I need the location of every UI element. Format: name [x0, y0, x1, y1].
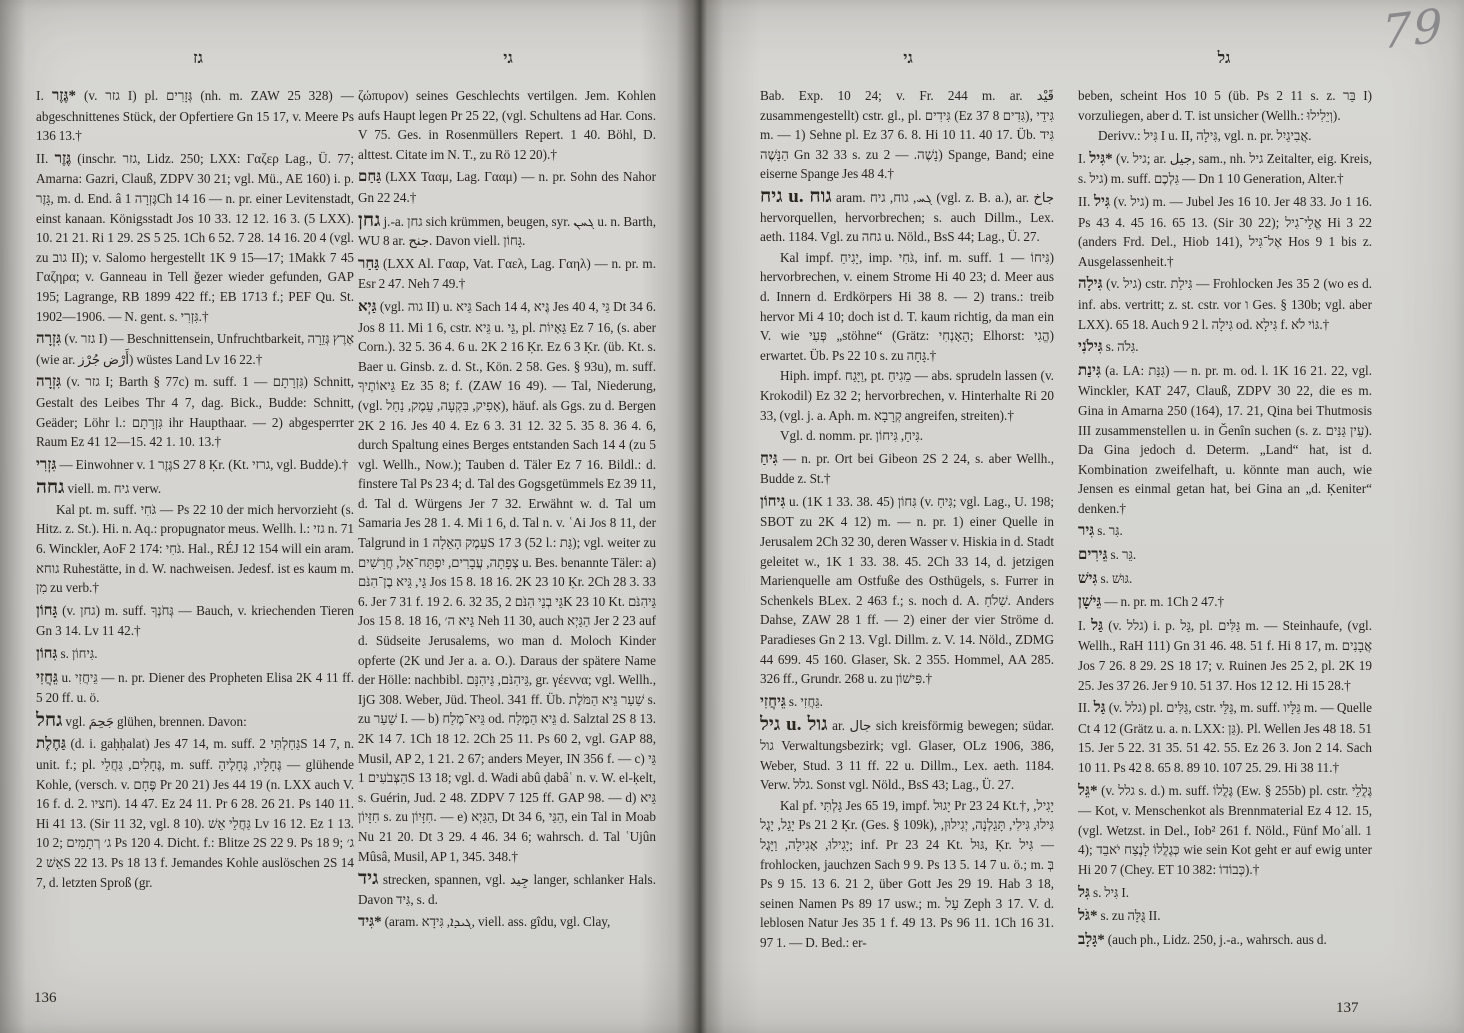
dictionary-column-1: I. גֶּזֶר* (v. גזר I) pl. גְּזָרִים (nh.…	[36, 86, 354, 1016]
entry-headword: גיל u. גול	[760, 714, 828, 735]
dictionary-entry: גחל vgl. جَحِمَ glühen, brennen. Davon:	[36, 711, 354, 732]
dictionary-entry: גַּחַם (LXX Τααμ, Lag. Γααμ) — n. pr. So…	[358, 167, 656, 207]
dictionary-entry: גִּילֹנִי s. גִּלֹה.	[1078, 337, 1372, 358]
book-gutter-shadow	[640, 0, 760, 1033]
entry-headword: גִּזְרָה	[36, 374, 61, 390]
entry-headword: גִּיחַ	[760, 451, 778, 467]
entry-headword: גִּיל	[1094, 194, 1110, 210]
entry-headword: גִּינַת	[1078, 363, 1101, 379]
entry-headword: גֵּחֲזִי	[36, 670, 58, 686]
dictionary-entry: Vgl. d. nomm. pr. גִּיחַ, גִּיחוֹן.	[760, 426, 1054, 446]
entry-headword: גַּחֶלֶת	[36, 736, 66, 752]
entry-headword: גחל	[36, 710, 62, 731]
entry-headword: גיד	[358, 868, 378, 889]
page-number-left: 136	[34, 990, 57, 1007]
dictionary-entry: גֵּירִים s. גֵּר.	[1078, 545, 1372, 566]
dictionary-entry: beben, scheint Hos 10 5 (üb. Ps 2 11 s. …	[1078, 86, 1372, 125]
dictionary-entry: II. גִּיל (v. גיל) m. — Jubel Jes 16 10.…	[1078, 192, 1372, 271]
dictionary-entry: גָּלָב* (auch ph., Lidz. 250, j.-a., wah…	[1078, 930, 1372, 951]
entry-headword: גִּילֹנִי	[1078, 339, 1103, 355]
book-scan: 79 גז גי גי גל I. גֶּזֶר* (v. גזר I) pl.…	[0, 0, 1464, 1033]
dictionary-entry: Kal impf. יָגִיחַ, imp. גֹּחִי, inf. m. …	[760, 248, 1054, 366]
dictionary-entry: גיל u. גול ar. جال sich kreisförmig bewe…	[760, 715, 1054, 794]
entry-headword: גַּחַר	[358, 256, 379, 272]
entry-headword: גֶּזֶר	[55, 151, 72, 167]
running-head-col4: גל	[1164, 50, 1284, 74]
entry-headword: גִּיל*	[1089, 151, 1112, 167]
dictionary-entry: גִּישׁ s. גּוּשׁ.	[1078, 569, 1372, 590]
dictionary-entry: גִּיחוֹן u. (1K 1 33. 38. 45) גִּחוֹן (v…	[760, 492, 1054, 689]
entry-headword: גַּל	[1091, 618, 1103, 634]
dictionary-entry: גֵּיחֲזִי s. גֵּחֲזִי.	[760, 692, 1054, 713]
dictionary-entry: Kal pt. m. suff. גֹּחִי — Ps 22 10 der m…	[36, 500, 354, 598]
dictionary-entry: גִּזְרִי — Einwohner v. גֶּזֶר 1S 27 8 Ḳ…	[36, 455, 354, 476]
dictionary-entry: גַּיְא (vgl. גוה II) u. גַּיא Sach 14 4,…	[358, 297, 656, 866]
entry-headword: גיח u. גוח	[760, 186, 832, 207]
page-edge-shading	[0, 0, 26, 1033]
dictionary-entry: גִּיחַ — n. pr. Ort bei Gibeon 2S 2 24, …	[760, 449, 1054, 489]
dictionary-entry: גָּחוֹן (v. גחן) m. suff. גְּחֹנְךָ — Ba…	[36, 601, 354, 641]
entry-headword: גֶּזֶר*	[52, 88, 76, 104]
dictionary-entry: II. גַּל (v. גלל) pl. גַּלִּים, cstr. גַ…	[1078, 698, 1372, 777]
entry-headword: גִּחוֹן	[36, 646, 58, 662]
running-head-col2: גי	[448, 50, 568, 74]
entry-headword: גִּילָה	[1078, 276, 1103, 292]
entry-headword: גֵּישָׁן	[1078, 594, 1101, 610]
entry-numeral: I.	[1078, 618, 1091, 633]
dictionary-entry: Kal pf. גַּלְתִּי Jes 65 19, impf. יָגוּ…	[760, 796, 1054, 953]
running-head-col3: גי	[848, 50, 968, 74]
dictionary-column-4: beben, scheint Hos 10 5 (üb. Ps 2 11 s. …	[1078, 86, 1372, 1016]
dictionary-entry: גַּחֶלֶת (d. i. gaḥḥalat) Jes 47 14, m. …	[36, 734, 354, 892]
entry-headword: גִּיד*	[358, 914, 382, 930]
entry-headword: גֹּל*	[1078, 908, 1097, 924]
dictionary-entry: גחה viell. m. גיח verw.	[36, 478, 354, 499]
entry-numeral: II.	[36, 151, 55, 166]
dictionary-entry: גִּילָה (v. גיל) cstr. גִּילַת — Frohloc…	[1078, 274, 1372, 334]
dictionary-column-2: ζώπυρον) seines Geschlechts vertilgen. J…	[358, 86, 656, 1016]
dictionary-entry: גַּחַר (LXX Al. Γααρ, Vat. Γαελ, Lag. Γα…	[358, 254, 656, 294]
entry-numeral: I.	[1078, 151, 1089, 166]
dictionary-entry: I. גִּיל* (v. גיל; ar. جيل, sam., nh. גי…	[1078, 149, 1372, 189]
dictionary-entry: גִּינַת (a. LA: גִּנַּת) — n. pr. m. od.…	[1078, 361, 1372, 519]
entry-headword: גִּישׁ	[1078, 571, 1098, 587]
dictionary-column-3: Bab. Exp. 10 24; v. Fr. 244 m. ar. قَيْد…	[760, 86, 1054, 1016]
entry-headword: גֵּל*	[1078, 783, 1097, 799]
page-number-right: 137	[1336, 1000, 1359, 1017]
entry-headword: גָּלָב*	[1078, 932, 1105, 948]
dictionary-entry: גֵּל* (v. גלל s. d.) m. suff. גֶּלֲלוֹ (…	[1078, 781, 1372, 880]
dictionary-entry: Derivv.: גִּיל I u. II, גִּילָה, vgl. n.…	[1078, 126, 1372, 146]
dictionary-entry: I. גַּל (v. גלל) i. p. גָּל, pl. גַּלִּי…	[1078, 616, 1372, 695]
running-head-col1: גז	[138, 50, 258, 74]
dictionary-entry: גֵּחֲזִי u. גֵּיחֲזִי — n. pr. Diener de…	[36, 668, 354, 708]
dictionary-entry: גִּיר s. גִּר.	[1078, 521, 1372, 542]
entry-headword: גִּזְרָה	[36, 331, 61, 347]
dictionary-entry: גיד strecken, spannen, vgl. جِيد langer,…	[358, 869, 656, 909]
dictionary-entry: Hiph. impf. וַיָּגַח, pt. מֵגִיחַ — abs.…	[760, 366, 1054, 425]
dictionary-entry: ζώπυρον) seines Geschlechts vertilgen. J…	[358, 86, 656, 164]
entry-headword: גַּיְא	[358, 299, 377, 315]
entry-numeral: II.	[1078, 700, 1094, 715]
entry-headword: גחן	[358, 210, 380, 231]
entry-headword: גִּזְרִי	[36, 457, 56, 473]
entry-numeral: I.	[36, 88, 52, 103]
entry-headword: גָּחוֹן	[36, 603, 58, 619]
entry-headword: גחה	[36, 477, 64, 498]
dictionary-entry: גִּל s. גִּיל I.	[1078, 883, 1372, 904]
entry-headword: גַּל	[1094, 700, 1106, 716]
entry-headword: גֵּיחֲזִי	[760, 694, 786, 710]
dictionary-entry: גִּזְרָה (v. גזר I) — Beschnittensein, U…	[36, 329, 354, 369]
dictionary-entry: גֹּל* s. zu גֻּלָּה II.	[1078, 906, 1372, 927]
dictionary-entry: I. גֶּזֶר* (v. גזר I) pl. גְּזָרִים (nh.…	[36, 86, 354, 146]
dictionary-entry: גִּחוֹן s. גִּיחוֹן.	[36, 644, 354, 665]
dictionary-entry: גִּזְרָה (v. גזר I; Barth § 77c) m. suff…	[36, 372, 354, 451]
dictionary-entry: גיח u. גוח aram. ܓܚ, גוח, גיח (vgl. z. B…	[760, 187, 1054, 247]
entry-headword: גֵּירִים	[1078, 547, 1108, 563]
dictionary-entry: Bab. Exp. 10 24; v. Fr. 244 m. ar. قَيْد…	[760, 86, 1054, 184]
entry-headword: גִּל	[1078, 885, 1090, 901]
dictionary-entry: גחן j.-a. גחן sich krümmen, beugen, syr.…	[358, 211, 656, 251]
entry-headword: גִּיר	[1078, 523, 1094, 539]
entry-numeral: II.	[1078, 194, 1094, 209]
entry-headword: גִּיחוֹן	[760, 494, 785, 510]
handwritten-page-number: 79	[1382, 0, 1464, 76]
entry-headword: גַּחַם	[358, 169, 381, 185]
dictionary-entry: גֵּישָׁן — n. pr. m. 1Ch 2 47.†	[1078, 592, 1372, 613]
dictionary-entry: II. גֶּזֶר (inschr. גזר, Lidz. 250; LXX:…	[36, 149, 354, 326]
dictionary-entry: גִּיד* (aram. ܓܝܕܐ, גִּידָא, viell. ass.…	[358, 912, 656, 933]
